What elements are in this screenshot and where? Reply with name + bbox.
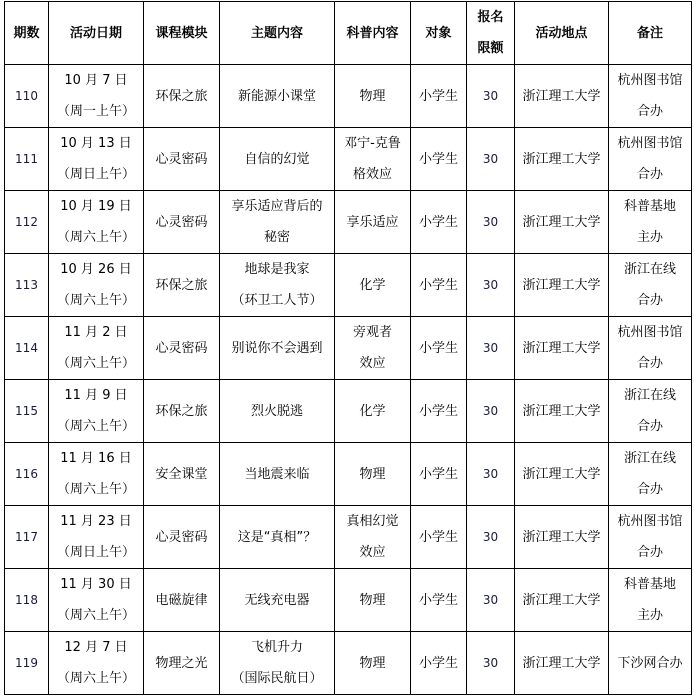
cell-note: 杭州图书馆合办 <box>609 317 692 380</box>
cell-audience: 小学生 <box>411 569 467 632</box>
cell-venue: 浙江理工大学 <box>515 317 609 380</box>
cell-module: 环保之旅 <box>144 380 220 443</box>
cell-module-text: 环保之旅 <box>146 270 217 301</box>
cell-issue-text: 113 <box>7 270 46 301</box>
cell-module-text: 心灵密码 <box>146 144 217 175</box>
cell-quota-text: 30 <box>469 81 512 112</box>
cell-audience: 小学生 <box>411 506 467 569</box>
cell-venue: 浙江理工大学 <box>515 380 609 443</box>
cell-science: 享乐适应 <box>335 191 411 254</box>
cell-issue-text: 118 <box>7 585 46 616</box>
cell-issue: 115 <box>5 380 49 443</box>
cell-note-text: 杭州图书馆 <box>611 128 689 159</box>
cell-audience: 小学生 <box>411 317 467 380</box>
cell-audience-text: 小学生 <box>413 648 464 679</box>
cell-module-text: 心灵密码 <box>146 522 217 553</box>
header-quota-line2: 限额 <box>469 33 512 64</box>
cell-note-text: 合办 <box>611 474 689 505</box>
cell-module: 安全课堂 <box>144 443 220 506</box>
cell-science: 物理 <box>335 443 411 506</box>
cell-module-text: 物理之光 <box>146 648 217 679</box>
cell-note-text: 浙江在线 <box>611 443 689 474</box>
cell-topic: 享乐适应背后的秘密 <box>220 191 335 254</box>
cell-issue: 111 <box>5 128 49 191</box>
cell-quota-text: 30 <box>469 333 512 364</box>
cell-issue-text: 112 <box>7 207 46 238</box>
table-row: 11711 月 23 日（周日上午）心灵密码这是“真相”？真相幻觉效应小学生30… <box>5 506 692 569</box>
cell-date-text: （周六上午） <box>51 600 141 631</box>
cell-topic-text: 当地震来临 <box>222 459 332 490</box>
cell-science: 物理 <box>335 65 411 128</box>
cell-topic: 飞机升力（国际民航日） <box>220 632 335 695</box>
cell-issue-text: 116 <box>7 459 46 490</box>
cell-issue: 113 <box>5 254 49 317</box>
cell-date: 10 月 7 日（周一上午） <box>49 65 144 128</box>
cell-quota: 30 <box>467 128 515 191</box>
cell-issue-text: 114 <box>7 333 46 364</box>
cell-science-text: 物理 <box>337 648 408 679</box>
cell-science: 化学 <box>335 380 411 443</box>
cell-date-text: （周六上午） <box>51 285 141 316</box>
cell-date: 11 月 23 日（周日上午） <box>49 506 144 569</box>
cell-date: 10 月 26 日（周六上午） <box>49 254 144 317</box>
cell-date-text: 10 月 7 日 <box>51 65 141 96</box>
cell-date-text: 10 月 13 日 <box>51 128 141 159</box>
cell-note-text: 主办 <box>611 600 689 631</box>
cell-venue: 浙江理工大学 <box>515 191 609 254</box>
cell-quota: 30 <box>467 443 515 506</box>
cell-date-text: （周日上午） <box>51 537 141 568</box>
cell-issue: 117 <box>5 506 49 569</box>
cell-topic: 这是“真相”？ <box>220 506 335 569</box>
cell-module-text: 环保之旅 <box>146 396 217 427</box>
cell-audience-text: 小学生 <box>413 522 464 553</box>
cell-quota-text: 30 <box>469 207 512 238</box>
cell-note-text: 杭州图书馆 <box>611 506 689 537</box>
cell-quota-text: 30 <box>469 396 512 427</box>
cell-date-text: 11 月 30 日 <box>51 569 141 600</box>
cell-note-text: 杭州图书馆 <box>611 317 689 348</box>
cell-topic-text: 这是“真相”？ <box>222 522 332 553</box>
cell-date-text: 10 月 19 日 <box>51 191 141 222</box>
cell-science-text: 旁观者 <box>337 317 408 348</box>
cell-module: 心灵密码 <box>144 506 220 569</box>
cell-date: 10 月 13 日（周日上午） <box>49 128 144 191</box>
cell-module: 心灵密码 <box>144 317 220 380</box>
cell-topic: 新能源小课堂 <box>220 65 335 128</box>
cell-venue-text: 浙江理工大学 <box>517 81 606 112</box>
header-note: 备注 <box>609 2 692 65</box>
cell-issue: 119 <box>5 632 49 695</box>
cell-quota-text: 30 <box>469 648 512 679</box>
cell-topic-text: 自信的幻觉 <box>222 144 332 175</box>
cell-science-text: 真相幻觉 <box>337 506 408 537</box>
cell-issue: 118 <box>5 569 49 632</box>
cell-quota-text: 30 <box>469 459 512 490</box>
cell-topic: 无线充电器 <box>220 569 335 632</box>
cell-audience: 小学生 <box>411 65 467 128</box>
cell-note-text: 浙江在线 <box>611 254 689 285</box>
cell-venue-text: 浙江理工大学 <box>517 144 606 175</box>
cell-audience-text: 小学生 <box>413 144 464 175</box>
cell-venue-text: 浙江理工大学 <box>517 522 606 553</box>
cell-science-text: 效应 <box>337 537 408 568</box>
cell-venue-text: 浙江理工大学 <box>517 207 606 238</box>
cell-audience: 小学生 <box>411 632 467 695</box>
cell-module: 电磁旋律 <box>144 569 220 632</box>
cell-module-text: 电磁旋律 <box>146 585 217 616</box>
cell-issue-text: 119 <box>7 648 46 679</box>
header-topic: 主题内容 <box>220 2 335 65</box>
cell-issue-text: 110 <box>7 81 46 112</box>
cell-audience: 小学生 <box>411 380 467 443</box>
cell-topic-text: 飞机升力 <box>222 632 332 663</box>
cell-date-text: （周一上午） <box>51 96 141 127</box>
table-row: 11912 月 7 日（周六上午）物理之光飞机升力（国际民航日）物理小学生30浙… <box>5 632 692 695</box>
cell-audience-text: 小学生 <box>413 396 464 427</box>
cell-science-text: 效应 <box>337 348 408 379</box>
cell-topic: 当地震来临 <box>220 443 335 506</box>
cell-audience-text: 小学生 <box>413 81 464 112</box>
cell-issue: 110 <box>5 65 49 128</box>
cell-topic-text: 烈火脱逃 <box>222 396 332 427</box>
header-issue: 期数 <box>5 2 49 65</box>
cell-module: 环保之旅 <box>144 254 220 317</box>
cell-date-text: （周六上午） <box>51 663 141 694</box>
cell-note-text: 浙江在线 <box>611 380 689 411</box>
cell-note: 科普基地主办 <box>609 191 692 254</box>
cell-module-text: 心灵密码 <box>146 333 217 364</box>
cell-quota: 30 <box>467 506 515 569</box>
cell-topic: 地球是我家（环卫工人节） <box>220 254 335 317</box>
cell-note-text: 合办 <box>611 537 689 568</box>
cell-topic-text: （国际民航日） <box>222 663 332 694</box>
cell-topic-text: 地球是我家 <box>222 254 332 285</box>
cell-date-text: （周日上午） <box>51 159 141 190</box>
cell-venue-text: 浙江理工大学 <box>517 648 606 679</box>
cell-venue-text: 浙江理工大学 <box>517 333 606 364</box>
cell-venue: 浙江理工大学 <box>515 443 609 506</box>
cell-quota: 30 <box>467 191 515 254</box>
cell-science-text: 邓宁-克鲁 <box>337 128 408 159</box>
cell-venue-text: 浙江理工大学 <box>517 585 606 616</box>
cell-science: 物理 <box>335 569 411 632</box>
cell-note-text: 合办 <box>611 159 689 190</box>
cell-note: 科普基地主办 <box>609 569 692 632</box>
cell-quota-text: 30 <box>469 144 512 175</box>
cell-venue: 浙江理工大学 <box>515 506 609 569</box>
header-quota-line1: 报名 <box>469 2 512 33</box>
cell-date-text: （周六上午） <box>51 411 141 442</box>
activity-schedule-table: 期数 活动日期 课程模块 主题内容 科普内容 对象 报名 限额 活动地点 备注 … <box>4 1 692 695</box>
cell-quota: 30 <box>467 632 515 695</box>
table-row: 11611 月 16 日（周六上午）安全课堂当地震来临物理小学生30浙江理工大学… <box>5 443 692 506</box>
cell-date-text: （周六上午） <box>51 348 141 379</box>
cell-science: 物理 <box>335 632 411 695</box>
cell-note-text: 合办 <box>611 348 689 379</box>
table-row: 11511 月 9 日（周六上午）环保之旅烈火脱逃化学小学生30浙江理工大学浙江… <box>5 380 692 443</box>
cell-note-text: 科普基地 <box>611 569 689 600</box>
cell-audience-text: 小学生 <box>413 459 464 490</box>
cell-venue: 浙江理工大学 <box>515 65 609 128</box>
cell-quota: 30 <box>467 317 515 380</box>
cell-issue: 112 <box>5 191 49 254</box>
cell-date: 11 月 16 日（周六上午） <box>49 443 144 506</box>
cell-science-text: 物理 <box>337 81 408 112</box>
cell-module: 环保之旅 <box>144 65 220 128</box>
cell-quota-text: 30 <box>469 522 512 553</box>
header-quota: 报名 限额 <box>467 2 515 65</box>
cell-quota: 30 <box>467 569 515 632</box>
cell-audience-text: 小学生 <box>413 333 464 364</box>
cell-module: 心灵密码 <box>144 128 220 191</box>
cell-note-text: 合办 <box>611 285 689 316</box>
cell-science-text: 物理 <box>337 585 408 616</box>
table-row: 11210 月 19 日（周六上午）心灵密码享乐适应背后的秘密享乐适应小学生30… <box>5 191 692 254</box>
header-row: 期数 活动日期 课程模块 主题内容 科普内容 对象 报名 限额 活动地点 备注 <box>5 2 692 65</box>
cell-science: 邓宁-克鲁格效应 <box>335 128 411 191</box>
cell-venue: 浙江理工大学 <box>515 569 609 632</box>
cell-note: 浙江在线合办 <box>609 443 692 506</box>
cell-venue: 浙江理工大学 <box>515 128 609 191</box>
cell-date: 11 月 2 日（周六上午） <box>49 317 144 380</box>
cell-quota: 30 <box>467 380 515 443</box>
cell-date: 11 月 30 日（周六上午） <box>49 569 144 632</box>
table-row: 11010 月 7 日（周一上午）环保之旅新能源小课堂物理小学生30浙江理工大学… <box>5 65 692 128</box>
cell-issue: 116 <box>5 443 49 506</box>
cell-date: 10 月 19 日（周六上午） <box>49 191 144 254</box>
cell-note-text: 主办 <box>611 222 689 253</box>
table-row: 11811 月 30 日（周六上午）电磁旋律无线充电器物理小学生30浙江理工大学… <box>5 569 692 632</box>
cell-audience-text: 小学生 <box>413 585 464 616</box>
cell-venue: 浙江理工大学 <box>515 254 609 317</box>
cell-topic-text: 新能源小课堂 <box>222 81 332 112</box>
cell-date: 12 月 7 日（周六上午） <box>49 632 144 695</box>
cell-quota: 30 <box>467 254 515 317</box>
cell-topic-text: 秘密 <box>222 222 332 253</box>
cell-quota-text: 30 <box>469 585 512 616</box>
cell-note-text: 合办 <box>611 96 689 127</box>
cell-note: 下沙网合办 <box>609 632 692 695</box>
cell-module: 物理之光 <box>144 632 220 695</box>
cell-module-text: 安全课堂 <box>146 459 217 490</box>
cell-audience: 小学生 <box>411 191 467 254</box>
cell-issue: 114 <box>5 317 49 380</box>
cell-note-text: 科普基地 <box>611 191 689 222</box>
cell-venue: 浙江理工大学 <box>515 632 609 695</box>
cell-note: 浙江在线合办 <box>609 254 692 317</box>
cell-science-text: 化学 <box>337 270 408 301</box>
cell-science: 旁观者效应 <box>335 317 411 380</box>
cell-topic: 自信的幻觉 <box>220 128 335 191</box>
cell-science: 化学 <box>335 254 411 317</box>
header-audience: 对象 <box>411 2 467 65</box>
cell-topic-text: 无线充电器 <box>222 585 332 616</box>
cell-venue-text: 浙江理工大学 <box>517 459 606 490</box>
cell-note-text: 杭州图书馆 <box>611 65 689 96</box>
header-science: 科普内容 <box>335 2 411 65</box>
cell-date-text: 12 月 7 日 <box>51 632 141 663</box>
cell-topic: 别说你不会遇到 <box>220 317 335 380</box>
cell-date-text: 10 月 26 日 <box>51 254 141 285</box>
cell-module: 心灵密码 <box>144 191 220 254</box>
cell-venue-text: 浙江理工大学 <box>517 396 606 427</box>
cell-audience: 小学生 <box>411 128 467 191</box>
cell-note: 杭州图书馆合办 <box>609 65 692 128</box>
cell-audience: 小学生 <box>411 443 467 506</box>
cell-date-text: 11 月 16 日 <box>51 443 141 474</box>
cell-note: 杭州图书馆合办 <box>609 128 692 191</box>
cell-issue-text: 111 <box>7 144 46 175</box>
cell-topic: 烈火脱逃 <box>220 380 335 443</box>
cell-note: 杭州图书馆合办 <box>609 506 692 569</box>
table-row: 11110 月 13 日（周日上午）心灵密码自信的幻觉邓宁-克鲁格效应小学生30… <box>5 128 692 191</box>
cell-science-text: 物理 <box>337 459 408 490</box>
cell-note-text: 合办 <box>611 411 689 442</box>
cell-quota: 30 <box>467 65 515 128</box>
table-row: 11411 月 2 日（周六上午）心灵密码别说你不会遇到旁观者效应小学生30浙江… <box>5 317 692 380</box>
cell-note-text: 下沙网合办 <box>611 648 689 679</box>
cell-date-text: （周六上午） <box>51 474 141 505</box>
header-module: 课程模块 <box>144 2 220 65</box>
cell-quota-text: 30 <box>469 270 512 301</box>
header-date: 活动日期 <box>49 2 144 65</box>
cell-module-text: 心灵密码 <box>146 207 217 238</box>
cell-date-text: 11 月 23 日 <box>51 506 141 537</box>
cell-topic-text: 别说你不会遇到 <box>222 333 332 364</box>
cell-issue-text: 117 <box>7 522 46 553</box>
cell-science-text: 化学 <box>337 396 408 427</box>
cell-audience: 小学生 <box>411 254 467 317</box>
cell-science: 真相幻觉效应 <box>335 506 411 569</box>
cell-topic-text: 享乐适应背后的 <box>222 191 332 222</box>
cell-module-text: 环保之旅 <box>146 81 217 112</box>
cell-science-text: 格效应 <box>337 159 408 190</box>
cell-science-text: 享乐适应 <box>337 207 408 238</box>
table-row: 11310 月 26 日（周六上午）环保之旅地球是我家（环卫工人节）化学小学生3… <box>5 254 692 317</box>
cell-date-text: 11 月 2 日 <box>51 317 141 348</box>
cell-note: 浙江在线合办 <box>609 380 692 443</box>
cell-date-text: （周六上午） <box>51 222 141 253</box>
cell-audience-text: 小学生 <box>413 270 464 301</box>
cell-audience-text: 小学生 <box>413 207 464 238</box>
cell-date: 11 月 9 日（周六上午） <box>49 380 144 443</box>
cell-topic-text: （环卫工人节） <box>222 285 332 316</box>
header-venue: 活动地点 <box>515 2 609 65</box>
cell-date-text: 11 月 9 日 <box>51 380 141 411</box>
cell-venue-text: 浙江理工大学 <box>517 270 606 301</box>
cell-issue-text: 115 <box>7 396 46 427</box>
